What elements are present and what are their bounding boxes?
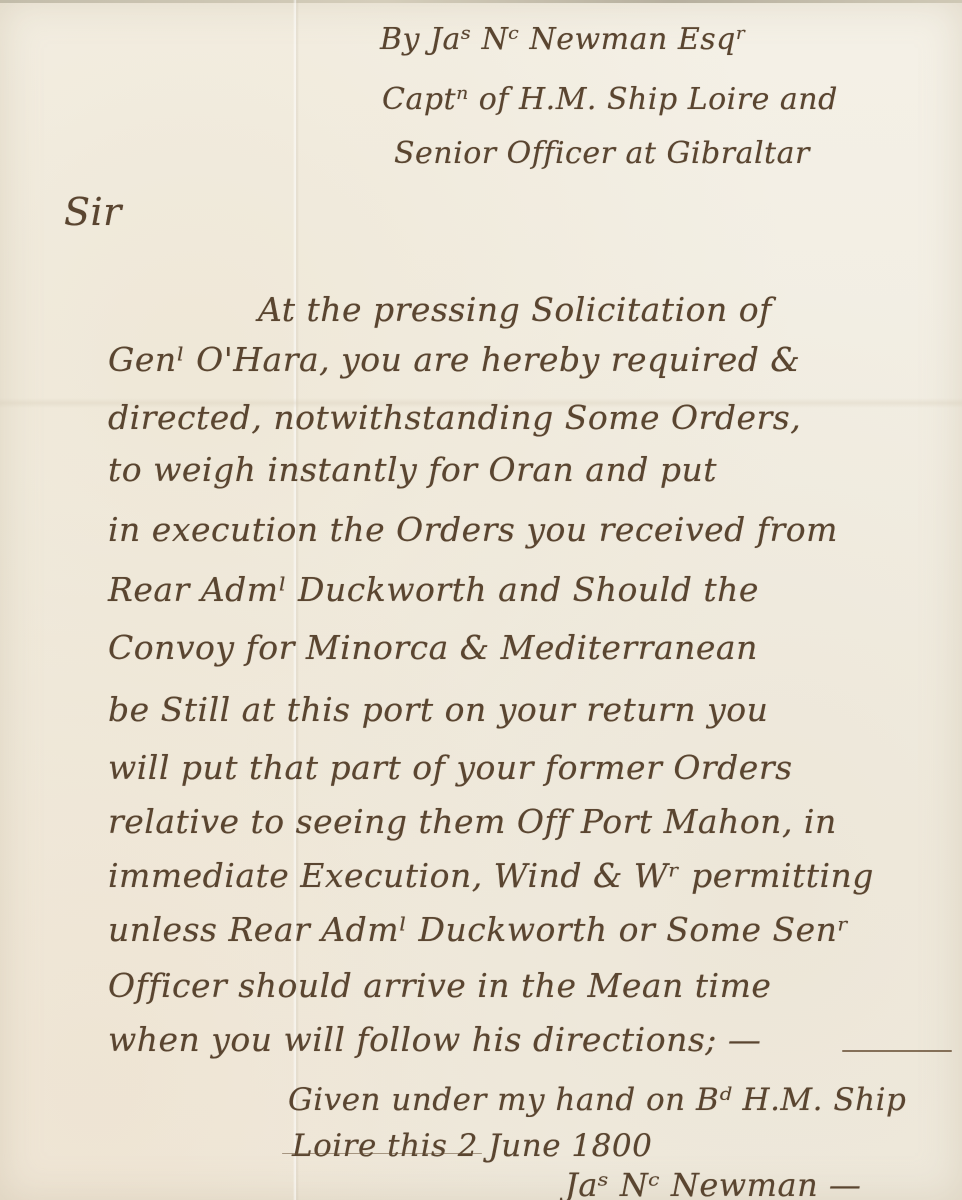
signature: Jaˢ Nᶜ Newman —: [565, 1166, 861, 1200]
body-line-11: immediate Execution, Wind & Wʳ permittin…: [108, 856, 874, 895]
address-line-2: Captⁿ of H.M. Ship Loire and: [382, 82, 838, 117]
body-line-1: At the pressing Solicitation of: [258, 290, 772, 329]
body-line-5: in execution the Orders you received fro…: [108, 510, 838, 549]
body-line-6: Rear Admˡ Duckworth and Should the: [108, 570, 759, 609]
body-line-12: unless Rear Admˡ Duckworth or Some Senʳ: [108, 910, 849, 949]
body-line-3: directed, notwithstanding Some Orders,: [108, 398, 801, 437]
body-line-4: to weigh instantly for Oran and put: [108, 450, 717, 489]
closing-dash-rule: [842, 1050, 952, 1052]
body-line-10: relative to seeing them Off Port Mahon, …: [108, 802, 837, 841]
closing-line-1: Given under my hand on Bᵈ H.M. Ship: [288, 1082, 906, 1118]
address-line-1: By Jaˢ Nᶜ Newman Esqʳ: [380, 22, 747, 57]
letter-sheet: By Jaˢ Nᶜ Newman Esqʳ Captⁿ of H.M. Ship…: [0, 0, 962, 1200]
salutation: Sir: [64, 190, 122, 234]
paper-top-edge: [0, 0, 962, 3]
closing-line-2: Loire this 2 June 1800: [292, 1128, 652, 1164]
body-line-14: when you will follow his directions; —: [108, 1020, 761, 1059]
body-line-7: Convoy for Minorca & Mediterranean: [108, 628, 758, 667]
body-line-8: be Still at this port on your return you: [108, 690, 768, 729]
body-line-2: Genˡ O'Hara, you are hereby required &: [108, 340, 800, 379]
body-line-9: will put that part of your former Orders: [108, 748, 793, 787]
address-line-3: Senior Officer at Gibraltar: [394, 136, 810, 171]
body-line-13: Officer should arrive in the Mean time: [108, 966, 771, 1005]
closing-underline: [282, 1153, 482, 1154]
